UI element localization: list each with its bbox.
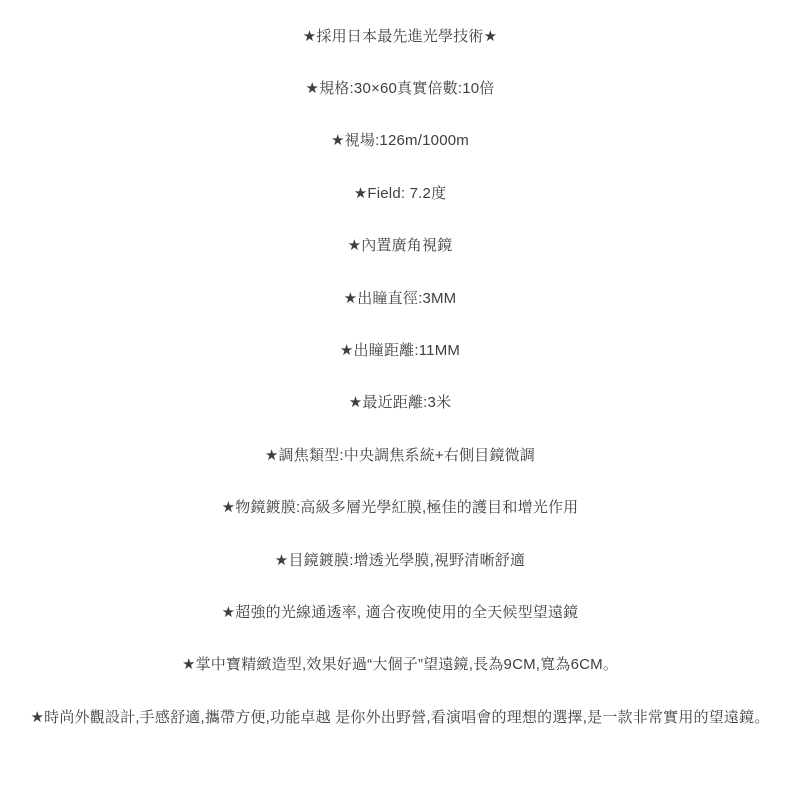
spec-line-exit-pupil-diameter: ★出瞳直徑:3MM [0,272,800,324]
spec-line-light-transmission: ★超強的光線通透率, 適合夜晚使用的全天候型望遠鏡 [0,586,800,638]
spec-line-optics-tech: ★採用日本最先進光學技術★ [0,10,800,62]
spec-line-summary: ★時尚外觀設計,手感舒適,攜帶方便,功能卓越 是你外出野營,看演唱會的理想的選擇… [0,691,800,743]
spec-line-specification: ★規格:30×60真實倍數:10倍 [0,62,800,114]
spec-line-field-degrees: ★Field: 7.2度 [0,167,800,219]
spec-line-exit-pupil-distance: ★出瞳距離:11MM [0,324,800,376]
product-description-page: ★採用日本最先進光學技術★ ★規格:30×60真實倍數:10倍 ★視場:126m… [0,0,800,800]
spec-line-closest-distance: ★最近距離:3米 [0,377,800,429]
spec-line-focus-type: ★調焦類型:中央調焦系統+右側目鏡微調 [0,429,800,481]
spec-line-field-of-view: ★視場:126m/1000m [0,115,800,167]
spec-line-eyepiece-coating: ★目鏡鍍膜:增透光學膜,視野清晰舒適 [0,534,800,586]
spec-line-compact-design: ★掌中寶精緻造型,效果好過“大個子”望遠鏡,長為9CM,寬為6CM。 [0,639,800,691]
spec-line-wide-angle-lens: ★內置廣角視鏡 [0,220,800,272]
spec-line-objective-coating: ★物鏡鍍膜:高級多層光學紅膜,極佳的護目和增光作用 [0,482,800,534]
